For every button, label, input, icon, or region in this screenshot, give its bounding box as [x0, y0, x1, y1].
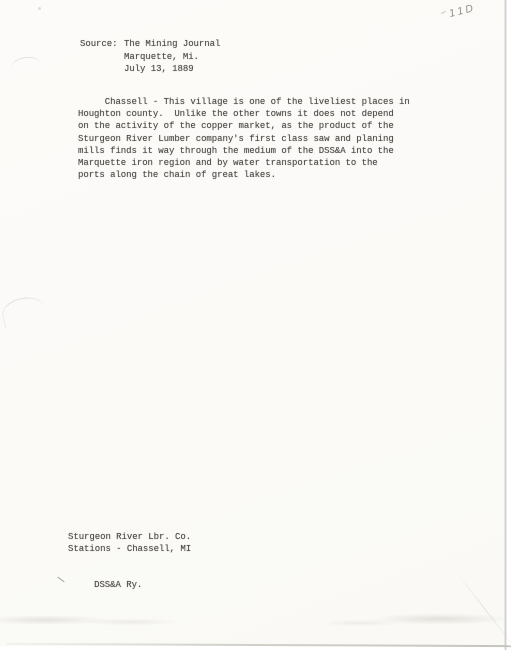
paragraph-line: mills finds it way through the medium of…: [78, 145, 410, 157]
index-line-text: DSS&A Ry.: [94, 580, 142, 590]
scan-smudge-band: [330, 610, 510, 630]
paper-right-edge: [504, 0, 507, 650]
source-line: Marquette, Mi.: [124, 51, 220, 64]
index-line: Sturgeon River Lbr. Co.: [68, 531, 191, 543]
source-label: Source:: [80, 38, 117, 51]
scanned-document-page: 11D Source: The Mining Journal Marquette…: [0, 0, 517, 650]
index-reference-block: Sturgeon River Lbr. Co. Stations - Chass…: [68, 531, 191, 604]
source-line: July 13, 1889: [124, 63, 220, 76]
paragraph-line: Chassell - This village is one of the li…: [78, 96, 410, 108]
source-line: The Mining Journal: [124, 38, 220, 51]
index-line: DSS&A Ry.: [62, 555, 191, 603]
paragraph-line: Marquette iron region and by water trans…: [78, 157, 410, 169]
scan-smudge-band: [0, 612, 190, 628]
paragraph-line: Houghton county. Unlike the other towns …: [78, 108, 410, 120]
article-paragraph: Chassell - This village is one of the li…: [78, 96, 410, 181]
paragraph-line: Sturgeon River Lumber company's first cl…: [78, 133, 410, 145]
source-citation-block: The Mining Journal Marquette, Mi. July 1…: [124, 38, 220, 76]
paragraph-line: on the activity of the copper market, as…: [78, 120, 410, 132]
index-line: Stations - Chassell, MI: [68, 543, 191, 555]
paragraph-line: ports along the chain of great lakes.: [78, 169, 410, 181]
scan-speck: [38, 7, 41, 10]
